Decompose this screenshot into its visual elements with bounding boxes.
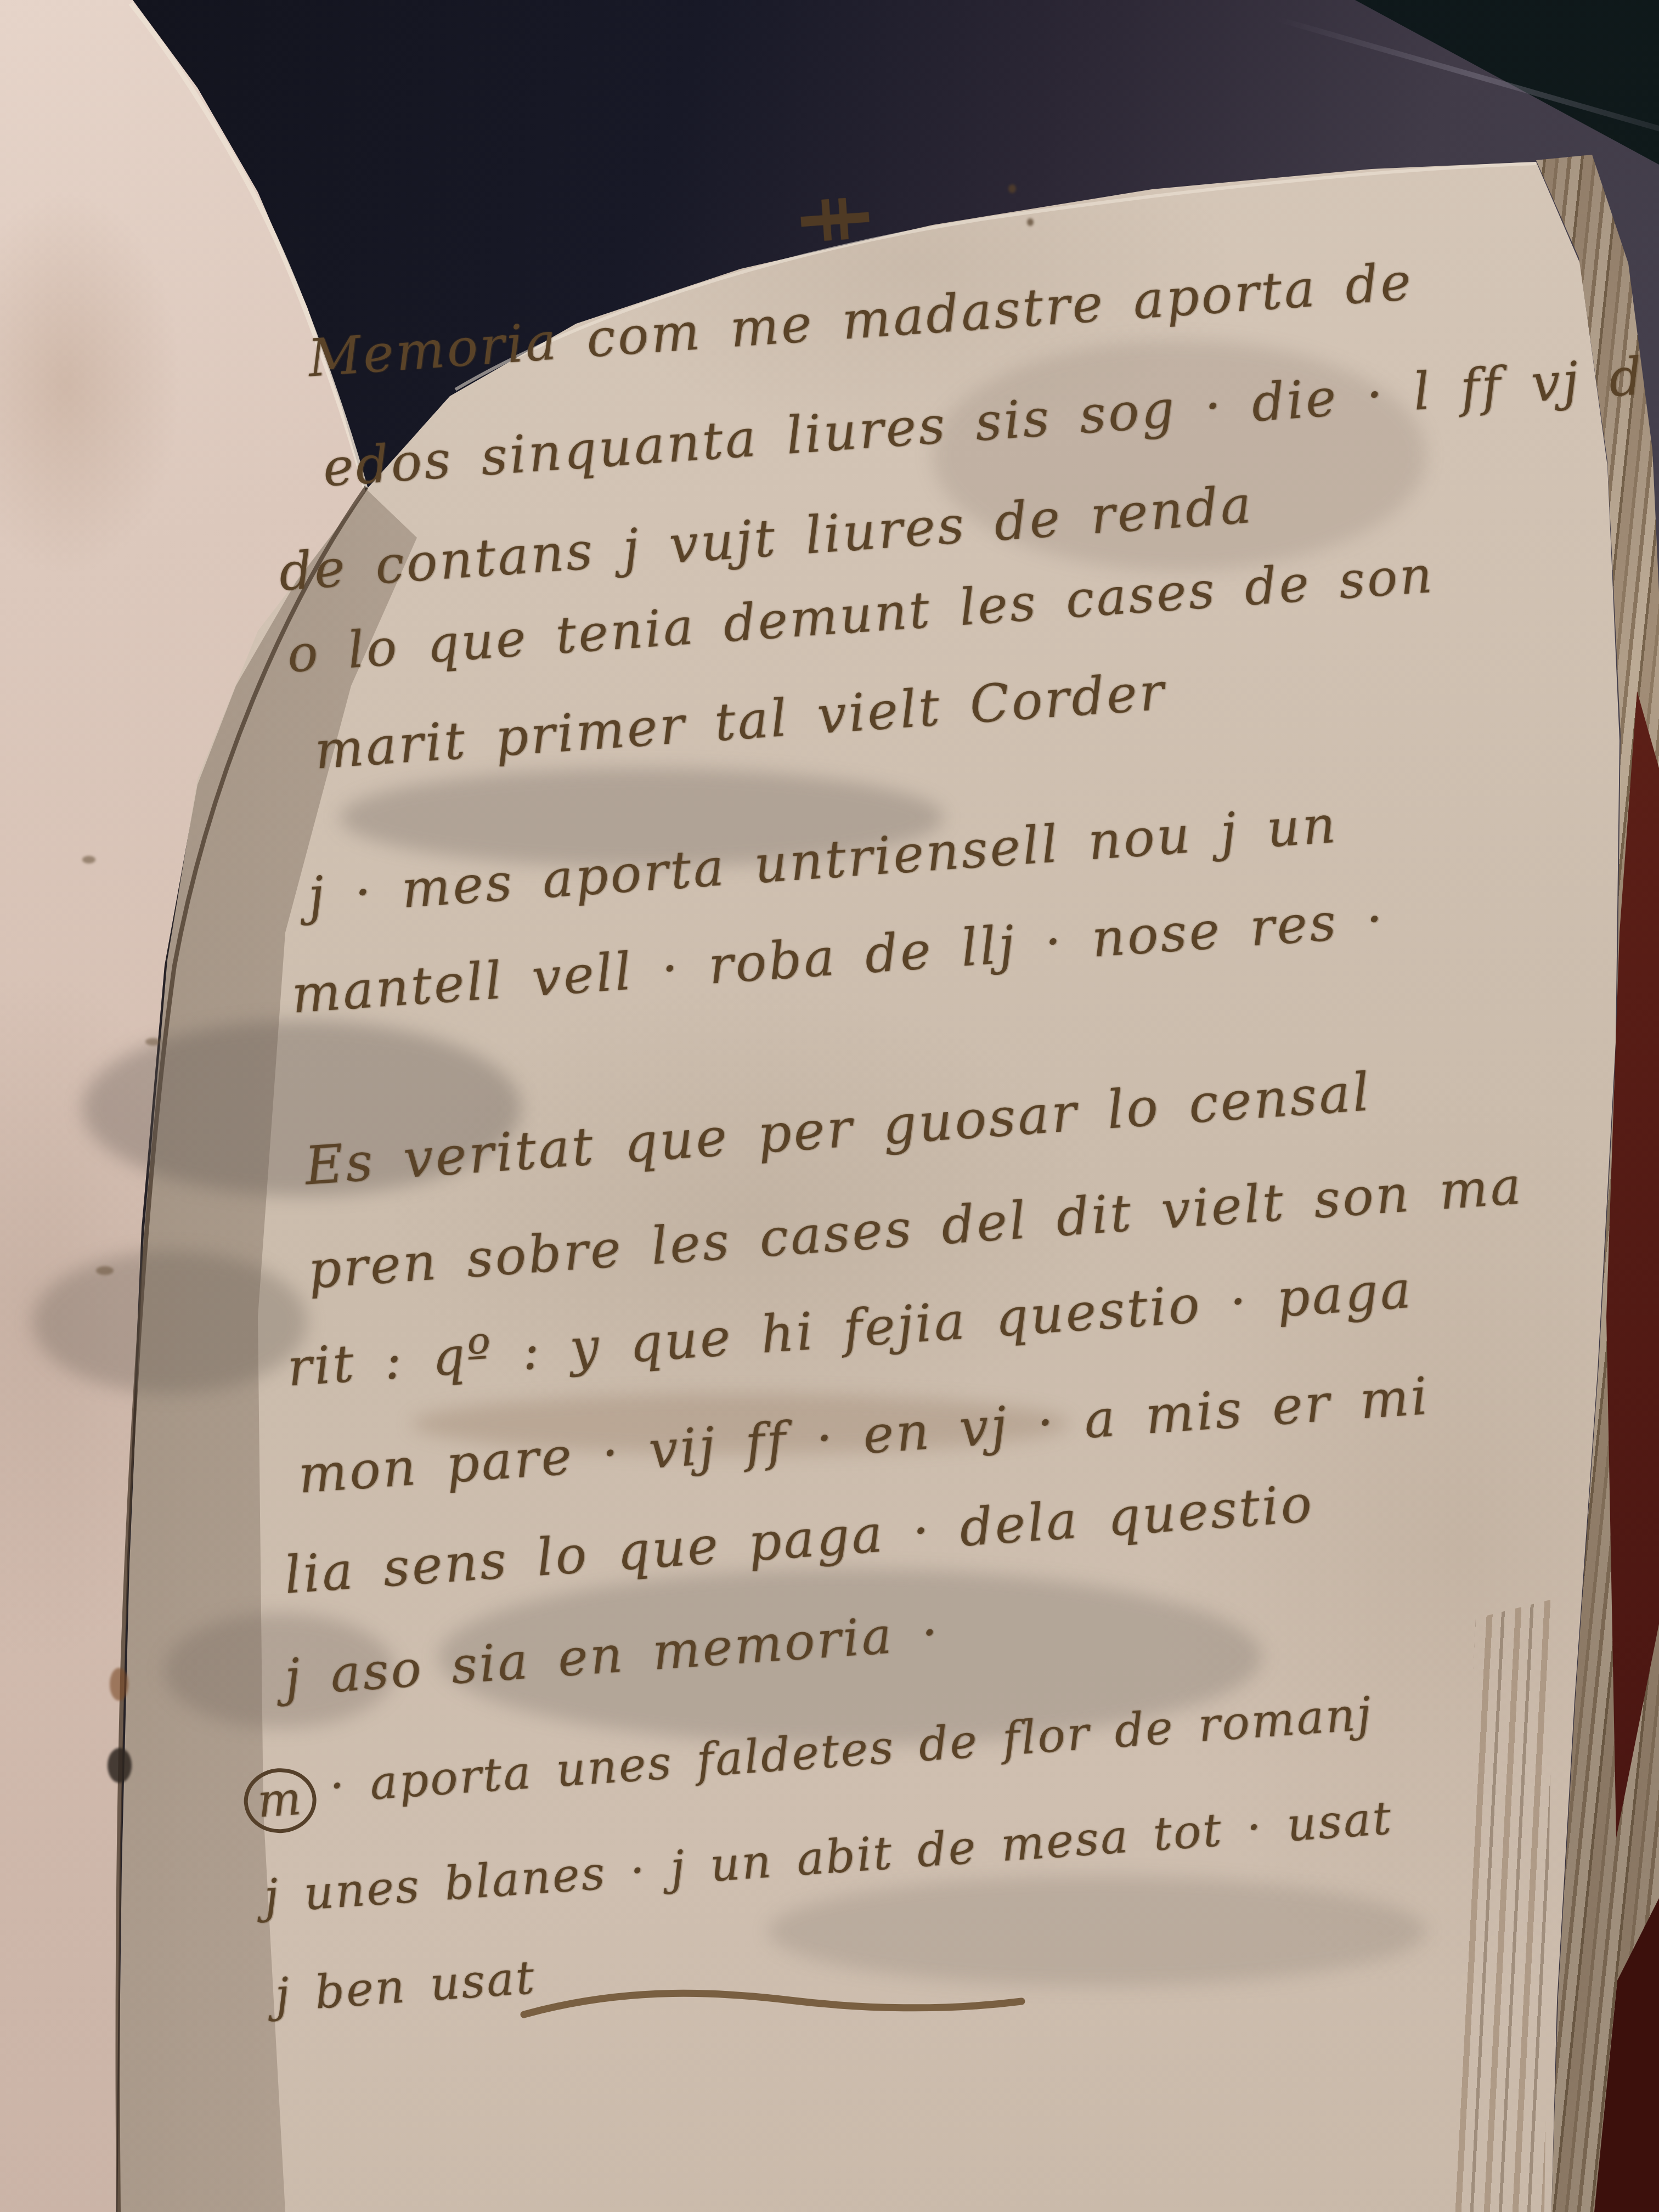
ink-speck [96, 1266, 114, 1275]
rust-stain [110, 1668, 128, 1701]
circled-m-mark: m [242, 1766, 319, 1836]
ink-bleedthrough-smudge [768, 1876, 1426, 1986]
ink-bleedthrough-smudge [33, 1251, 307, 1393]
ink-dot [1008, 184, 1016, 193]
heading-cross-mark: ǂ [777, 194, 890, 245]
left-page-edge-highlight [131, 3, 365, 488]
manuscript-photo: ǂ Memoria com me madastre aporta de edos… [0, 0, 1659, 2212]
gutter-wormhole [108, 1748, 132, 1783]
ink-dot [1027, 218, 1034, 226]
ink-flourish-line [524, 1993, 1022, 2015]
ink-speck [82, 856, 95, 864]
ink-speck [145, 1038, 161, 1046]
